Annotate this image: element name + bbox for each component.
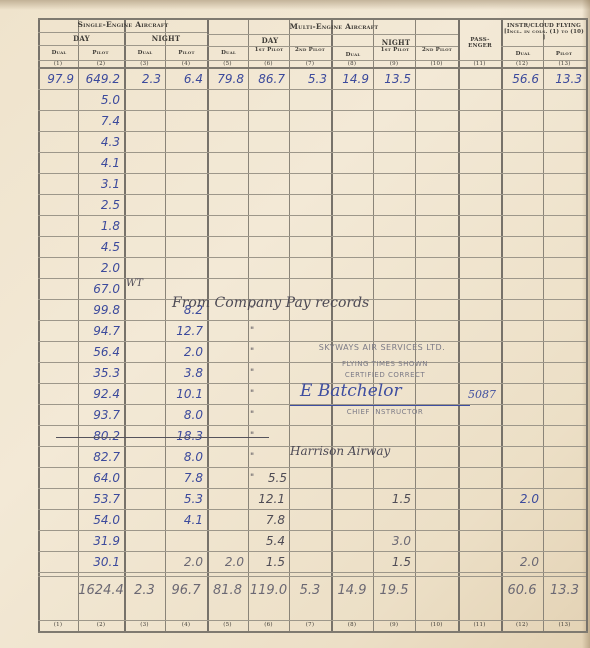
column-number-7: (7) xyxy=(289,61,331,67)
log-cell: 4.1 xyxy=(78,156,124,170)
row-divider xyxy=(38,110,586,111)
column-number-13: (13) xyxy=(543,61,586,67)
row-divider xyxy=(38,257,586,258)
column-number-3: (3) xyxy=(124,61,165,67)
header-divider xyxy=(38,32,207,33)
stamp-title: CHIEF INSTRUCTOR xyxy=(330,408,440,416)
log-cell: 12.7 xyxy=(165,324,207,338)
log-cell: 2.0 xyxy=(78,261,124,275)
log-cell: 649.2 xyxy=(78,72,124,86)
ditto-mark: " xyxy=(248,345,291,359)
header-se-day: DAY xyxy=(40,34,123,43)
log-cell: 56.6 xyxy=(501,72,543,86)
page-edge-shadow xyxy=(0,0,590,10)
stamp-company: SKYWAYS AIR SERVICES LTD. xyxy=(292,343,472,352)
tick-annotation: WT xyxy=(126,278,143,289)
column-number-10: (10) xyxy=(415,61,458,67)
log-cell: 2.0 xyxy=(165,555,207,569)
row-divider xyxy=(38,152,586,153)
col7-label: 2nd Pilot xyxy=(290,47,330,53)
log-cell: 30.1 xyxy=(78,555,124,569)
row-divider xyxy=(38,236,586,237)
log-cell: 7.4 xyxy=(78,114,124,128)
log-cell: 1.5 xyxy=(373,555,415,569)
log-cell: 18.3 xyxy=(165,429,207,443)
column-number-1: (1) xyxy=(38,622,78,628)
log-cell: 5.5 xyxy=(248,471,289,485)
stamp-line1: FLYING TIMES SHOWN xyxy=(330,360,440,368)
log-cell: 2.5 xyxy=(78,198,124,212)
column-divider xyxy=(586,18,588,632)
column-number-3: (3) xyxy=(124,622,165,628)
ditto-mark: " xyxy=(248,450,291,464)
log-cell: 94.7 xyxy=(78,324,124,338)
section-divider-line xyxy=(56,437,269,438)
log-cell: 4.3 xyxy=(78,135,124,149)
log-cell: 79.8 xyxy=(207,72,248,86)
stamp-line2: CERTIFIED CORRECT xyxy=(330,371,440,379)
total-cell: 1624.4 xyxy=(78,584,124,598)
total-cell: 14.9 xyxy=(331,584,373,598)
column-number-4: (4) xyxy=(165,622,207,628)
log-cell: 1.5 xyxy=(373,492,415,506)
log-cell: 54.0 xyxy=(78,513,124,527)
row-divider xyxy=(38,215,586,216)
totals-divider xyxy=(38,576,586,577)
col12-label: Dual xyxy=(503,51,543,57)
log-cell: 99.8 xyxy=(78,303,124,317)
ditto-mark: " xyxy=(248,429,291,443)
column-number-5: (5) xyxy=(207,622,248,628)
row-divider xyxy=(38,341,586,342)
column-number-11: (11) xyxy=(458,622,501,628)
col6-label: 1st Pilot xyxy=(249,47,289,53)
signature-underline xyxy=(290,405,470,406)
col3-label: Dual xyxy=(125,50,165,56)
instructor-signature: E Batchelor xyxy=(300,381,402,401)
log-cell: 80.2 xyxy=(78,429,124,443)
column-number-2: (2) xyxy=(78,622,124,628)
column-number-2: (2) xyxy=(78,61,124,67)
log-cell: 7.8 xyxy=(165,471,207,485)
header-divider xyxy=(501,46,586,47)
header-instr-cloud: INSTR/CLOUD FLYING [Incl. in cols. (1) t… xyxy=(503,23,585,41)
log-cell: 2.0 xyxy=(165,345,207,359)
log-cell: 4.1 xyxy=(165,513,207,527)
header-passenger: PASS- ENGER xyxy=(460,37,500,49)
log-cell: 7.8 xyxy=(248,513,289,527)
log-cell: 4.5 xyxy=(78,240,124,254)
log-cell: 1.8 xyxy=(78,219,124,233)
log-cell: 97.9 xyxy=(38,72,78,86)
column-number-6: (6) xyxy=(248,61,289,67)
column-number-5: (5) xyxy=(207,61,248,67)
col4-label: Pilot xyxy=(166,50,207,56)
row-divider xyxy=(38,194,586,195)
col8-label: Dual xyxy=(333,52,373,58)
total-cell: 5.3 xyxy=(289,584,331,598)
log-cell: 8.0 xyxy=(165,408,207,422)
row-divider xyxy=(38,173,586,174)
log-cell: 82.7 xyxy=(78,450,124,464)
header-me-day: DAY xyxy=(209,36,331,45)
column-number-9: (9) xyxy=(373,61,415,67)
company-records-note: From Company Pay records xyxy=(172,295,369,311)
bottom-border xyxy=(38,631,588,633)
col2-label: Pilot xyxy=(79,50,122,56)
column-number-10: (10) xyxy=(415,622,458,628)
log-cell: 2.0 xyxy=(501,492,543,506)
log-cell: 10.1 xyxy=(165,387,207,401)
row-divider xyxy=(38,320,586,321)
row-divider xyxy=(38,362,586,363)
total-cell: 119.0 xyxy=(248,584,289,598)
passenger-label: PASS- ENGER xyxy=(468,37,492,49)
col5-label: Dual xyxy=(209,50,248,56)
row-divider xyxy=(38,278,586,279)
col9-label: 1st Pilot xyxy=(375,47,415,53)
column-number-6: (6) xyxy=(248,622,289,628)
log-cell: 64.0 xyxy=(78,471,124,485)
row-divider xyxy=(38,131,586,132)
header-single-engine: Single-Engine Aircraft xyxy=(40,20,206,29)
footer-divider xyxy=(38,620,586,621)
column-number-8: (8) xyxy=(331,622,373,628)
log-cell: 86.7 xyxy=(248,72,289,86)
log-cell: 92.4 xyxy=(78,387,124,401)
column-number-12: (12) xyxy=(501,622,543,628)
log-cell: 2.0 xyxy=(501,555,543,569)
signature-number: 5087 xyxy=(468,388,496,401)
log-cell: 2.3 xyxy=(124,72,165,86)
log-cell: 35.3 xyxy=(78,366,124,380)
column-number-11: (11) xyxy=(458,61,501,67)
header-bottom-border xyxy=(38,67,586,69)
total-cell: 60.6 xyxy=(501,584,543,598)
ditto-mark: " xyxy=(248,408,291,422)
total-cell: 96.7 xyxy=(165,584,207,598)
column-number-8: (8) xyxy=(331,61,373,67)
log-cell: 12.1 xyxy=(248,492,289,506)
col1-label: Dual xyxy=(40,50,78,56)
log-cell: 56.4 xyxy=(78,345,124,359)
log-cell: 5.3 xyxy=(289,72,331,86)
row-divider xyxy=(38,530,586,531)
header-divider xyxy=(207,34,458,35)
column-number-7: (7) xyxy=(289,622,331,628)
row-divider xyxy=(38,551,586,552)
log-cell: 8.0 xyxy=(165,450,207,464)
row-divider xyxy=(38,425,586,426)
column-number-1: (1) xyxy=(38,61,78,67)
row-divider xyxy=(38,488,586,489)
ditto-mark: " xyxy=(248,387,291,401)
col13-label: Pilot xyxy=(544,51,584,57)
log-cell: 13.3 xyxy=(543,72,586,86)
header-multi-engine: Multi-Engine Aircraft xyxy=(209,22,459,31)
column-number-13: (13) xyxy=(543,622,586,628)
ditto-mark: " xyxy=(248,324,291,338)
column-number-9: (9) xyxy=(373,622,415,628)
log-cell: 67.0 xyxy=(78,282,124,296)
log-cell: 5.4 xyxy=(248,534,289,548)
log-cell: 53.7 xyxy=(78,492,124,506)
header-me-night: NIGHT xyxy=(333,38,459,47)
row-divider xyxy=(38,509,586,510)
log-cell: 6.4 xyxy=(165,72,207,86)
log-cell: 5.0 xyxy=(78,93,124,107)
log-cell: 14.9 xyxy=(331,72,373,86)
header-se-night: NIGHT xyxy=(125,34,207,43)
col10-label: 2nd Pilot xyxy=(417,47,457,53)
total-cell: 13.3 xyxy=(543,584,586,598)
log-cell: 3.8 xyxy=(165,366,207,380)
log-cell: 13.5 xyxy=(373,72,415,86)
total-cell: 81.8 xyxy=(207,584,248,598)
log-cell: 31.9 xyxy=(78,534,124,548)
header-divider xyxy=(38,45,207,46)
log-cell: 2.0 xyxy=(207,555,248,569)
harrison-airway-note: Harrison Airway xyxy=(290,444,390,458)
log-cell: 3.1 xyxy=(78,177,124,191)
log-cell: 93.7 xyxy=(78,408,124,422)
log-cell: 1.5 xyxy=(248,555,289,569)
log-cell: 3.0 xyxy=(373,534,415,548)
log-cell: 5.3 xyxy=(165,492,207,506)
column-number-12: (12) xyxy=(501,61,543,67)
ditto-mark: " xyxy=(248,366,291,380)
column-number-4: (4) xyxy=(165,61,207,67)
row-divider xyxy=(38,572,586,573)
total-cell: 2.3 xyxy=(124,584,165,598)
row-divider xyxy=(38,89,586,90)
total-cell: 19.5 xyxy=(373,584,415,598)
row-divider xyxy=(38,467,586,468)
